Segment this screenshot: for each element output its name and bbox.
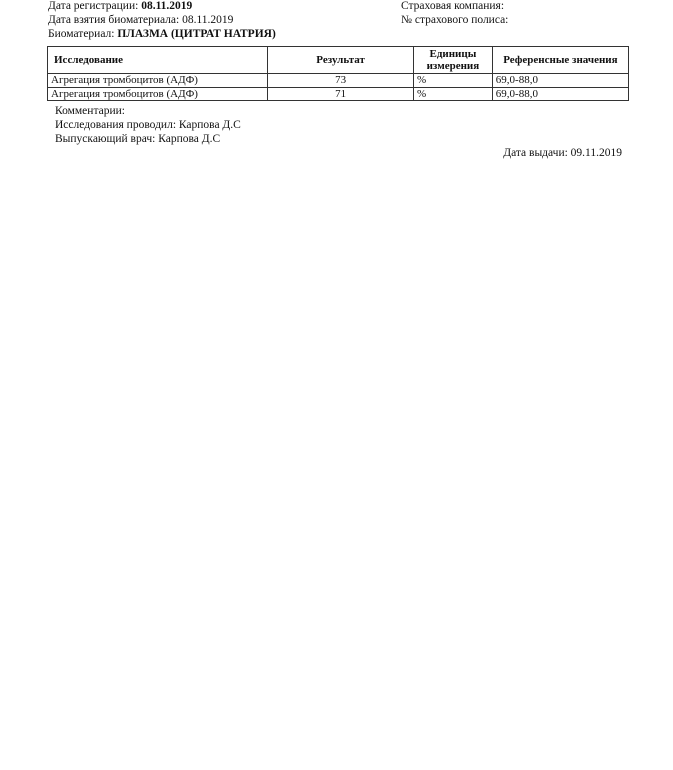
sample-date-label: Дата взятия биоматериала: <box>48 14 179 26</box>
column-header-test: Исследование <box>48 47 268 74</box>
cell-test: Агрегация тромбоцитов (АДФ) <box>48 74 268 88</box>
registration-date: Дата регистрации: 08.11.2019 <box>48 0 192 13</box>
biomaterial: Биоматериал: ПЛАЗМА (ЦИТРАТ НАТРИЯ) <box>48 28 276 41</box>
cell-units: % <box>414 87 493 101</box>
policy-number: № страхового полиса: <box>401 14 508 27</box>
table-row: Агрегация тромбоцитов (АДФ) 73 % 69,0-88… <box>48 74 629 88</box>
policy-number-label: № страхового полиса: <box>401 14 508 26</box>
sample-date: Дата взятия биоматериала: 08.11.2019 <box>48 14 233 27</box>
column-header-result: Результат <box>268 47 414 74</box>
biomaterial-value: ПЛАЗМА (ЦИТРАТ НАТРИЯ) <box>117 28 275 40</box>
sample-date-value: 08.11.2019 <box>182 14 233 26</box>
column-header-reference: Референсные значения <box>492 47 628 74</box>
biomaterial-label: Биоматериал: <box>48 28 114 40</box>
registration-date-label: Дата регистрации: <box>48 0 138 12</box>
registration-date-value: 08.11.2019 <box>141 0 192 12</box>
cell-result: 71 <box>268 87 414 101</box>
cell-result: 73 <box>268 74 414 88</box>
insurance-company: Страховая компания: <box>401 0 504 13</box>
table-row: Агрегация тромбоцитов (АДФ) 71 % 69,0-88… <box>48 87 629 101</box>
cell-reference: 69,0-88,0 <box>492 87 628 101</box>
cell-reference: 69,0-88,0 <box>492 74 628 88</box>
cell-units: % <box>414 74 493 88</box>
column-header-units: Единицы измерения <box>414 47 493 74</box>
table-header-row: Исследование Результат Единицы измерения… <box>48 47 629 74</box>
insurance-company-label: Страховая компания: <box>401 0 504 12</box>
comments-label: Комментарии: <box>55 105 125 118</box>
results-table: Исследование Результат Единицы измерения… <box>47 46 629 101</box>
performed-by: Исследования проводил: Карпова Д.С <box>55 119 241 132</box>
issuing-doctor: Выпускающий врач: Карпова Д.С <box>55 133 220 146</box>
issue-date: Дата выдачи: 09.11.2019 <box>503 147 622 160</box>
cell-test: Агрегация тромбоцитов (АДФ) <box>48 87 268 101</box>
